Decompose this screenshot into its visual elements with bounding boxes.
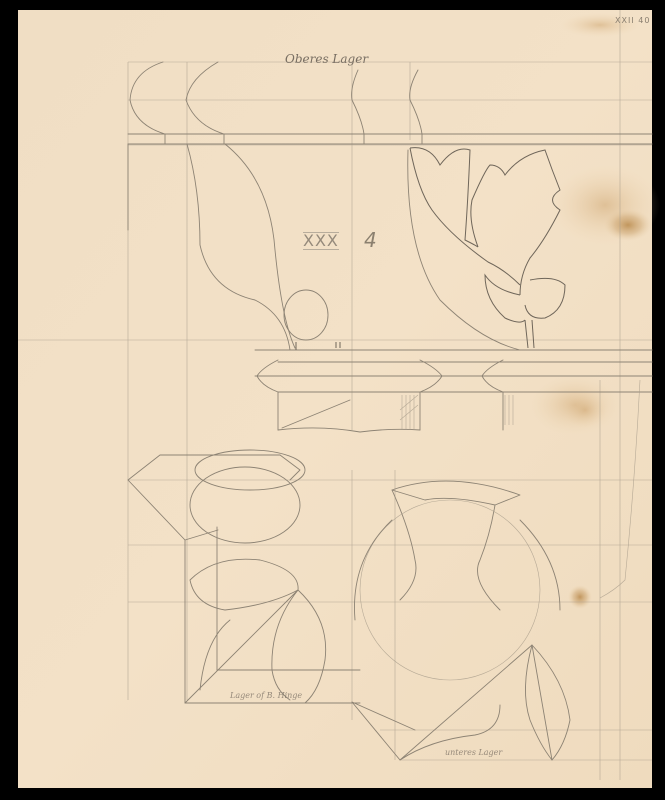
lower-left-label: Lager of B. Hinge [230, 691, 302, 700]
plate-number: 4 [364, 228, 377, 252]
drawing-sheet: Oberes Lager XXII 40 XXX 4 Lager of B. H… [0, 0, 665, 800]
plate-numeral: XXX [303, 232, 339, 250]
top-label: Oberes Lager [285, 52, 368, 66]
sheet-reference: XXII 40 [615, 16, 650, 25]
drawing-canvas [0, 0, 665, 800]
lower-right-label: unteres Lager [445, 748, 502, 757]
